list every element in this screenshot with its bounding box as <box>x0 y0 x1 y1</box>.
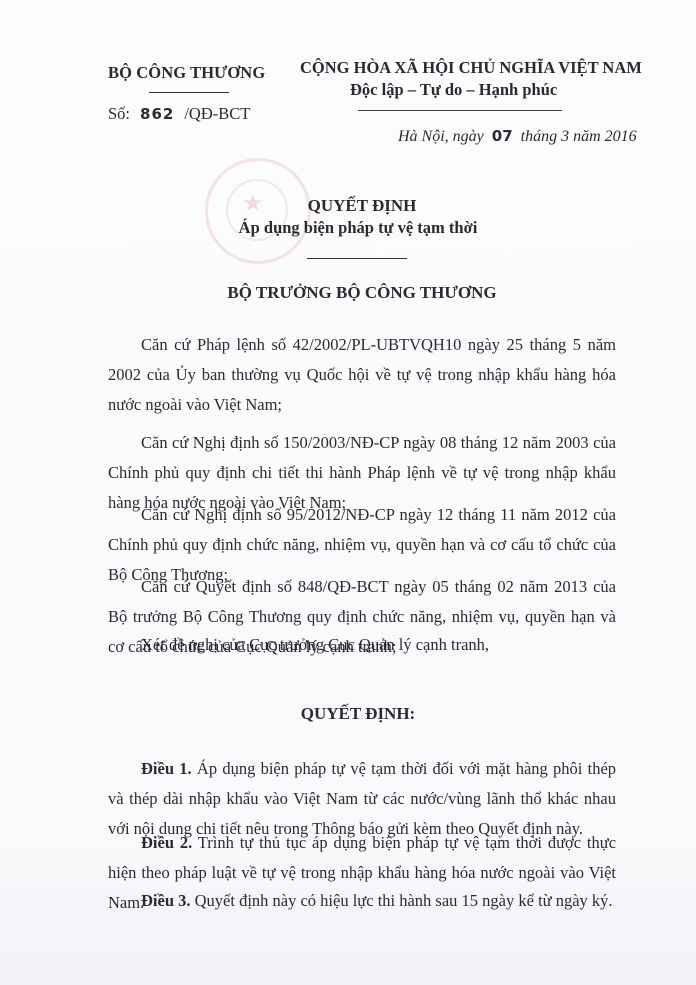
article-label: Điều 1. <box>141 759 192 778</box>
national-motto: Độc lập – Tự do – Hạnh phúc <box>350 80 557 100</box>
issuing-authority: BỘ TRƯỞNG BỘ CÔNG THƯƠNG <box>14 283 696 303</box>
issue-date: Hà Nội, ngày07tháng 3 năm 2016 <box>398 127 637 146</box>
article-label: Điều 2. <box>141 833 192 852</box>
title-underline <box>307 258 407 259</box>
national-title: CỘNG HÒA XÃ HỘI CHỦ NGHĨA VIỆT NAM <box>300 58 642 78</box>
decision-heading: QUYẾT ĐỊNH: <box>10 704 696 724</box>
preamble-paragraph: Căn cứ Pháp lệnh số 42/2002/PL-UBTVQH10 … <box>108 330 616 420</box>
document-subject: Áp dụng biện pháp tự vệ tạm thời <box>10 218 696 238</box>
document-number: Số:862/QĐ-BCT <box>108 104 250 124</box>
article-label: Điều 3. <box>141 891 191 910</box>
doc-number-label: Số: <box>108 104 130 123</box>
doc-number-suffix: /QĐ-BCT <box>184 104 250 123</box>
ministry-underline <box>149 92 229 93</box>
document-title: QUYẾT ĐỊNH <box>14 196 696 216</box>
date-prefix: Hà Nội, ngày <box>398 128 484 145</box>
doc-number-value: 862 <box>140 105 174 123</box>
document-page: BỘ CÔNG THƯƠNG Số:862/QĐ-BCT CỘNG HÒA XÃ… <box>0 0 696 985</box>
date-suffix: tháng 3 năm 2016 <box>521 128 637 145</box>
issuing-ministry: BỘ CÔNG THƯƠNG <box>108 63 265 83</box>
motto-underline <box>358 110 562 111</box>
article-3: Điều 3. Quyết định này có hiệu lực thi h… <box>108 886 616 916</box>
preamble-paragraph: Xét đề nghị của Cục trưởng Cục Quản lý c… <box>108 630 616 660</box>
date-day: 07 <box>492 127 513 145</box>
